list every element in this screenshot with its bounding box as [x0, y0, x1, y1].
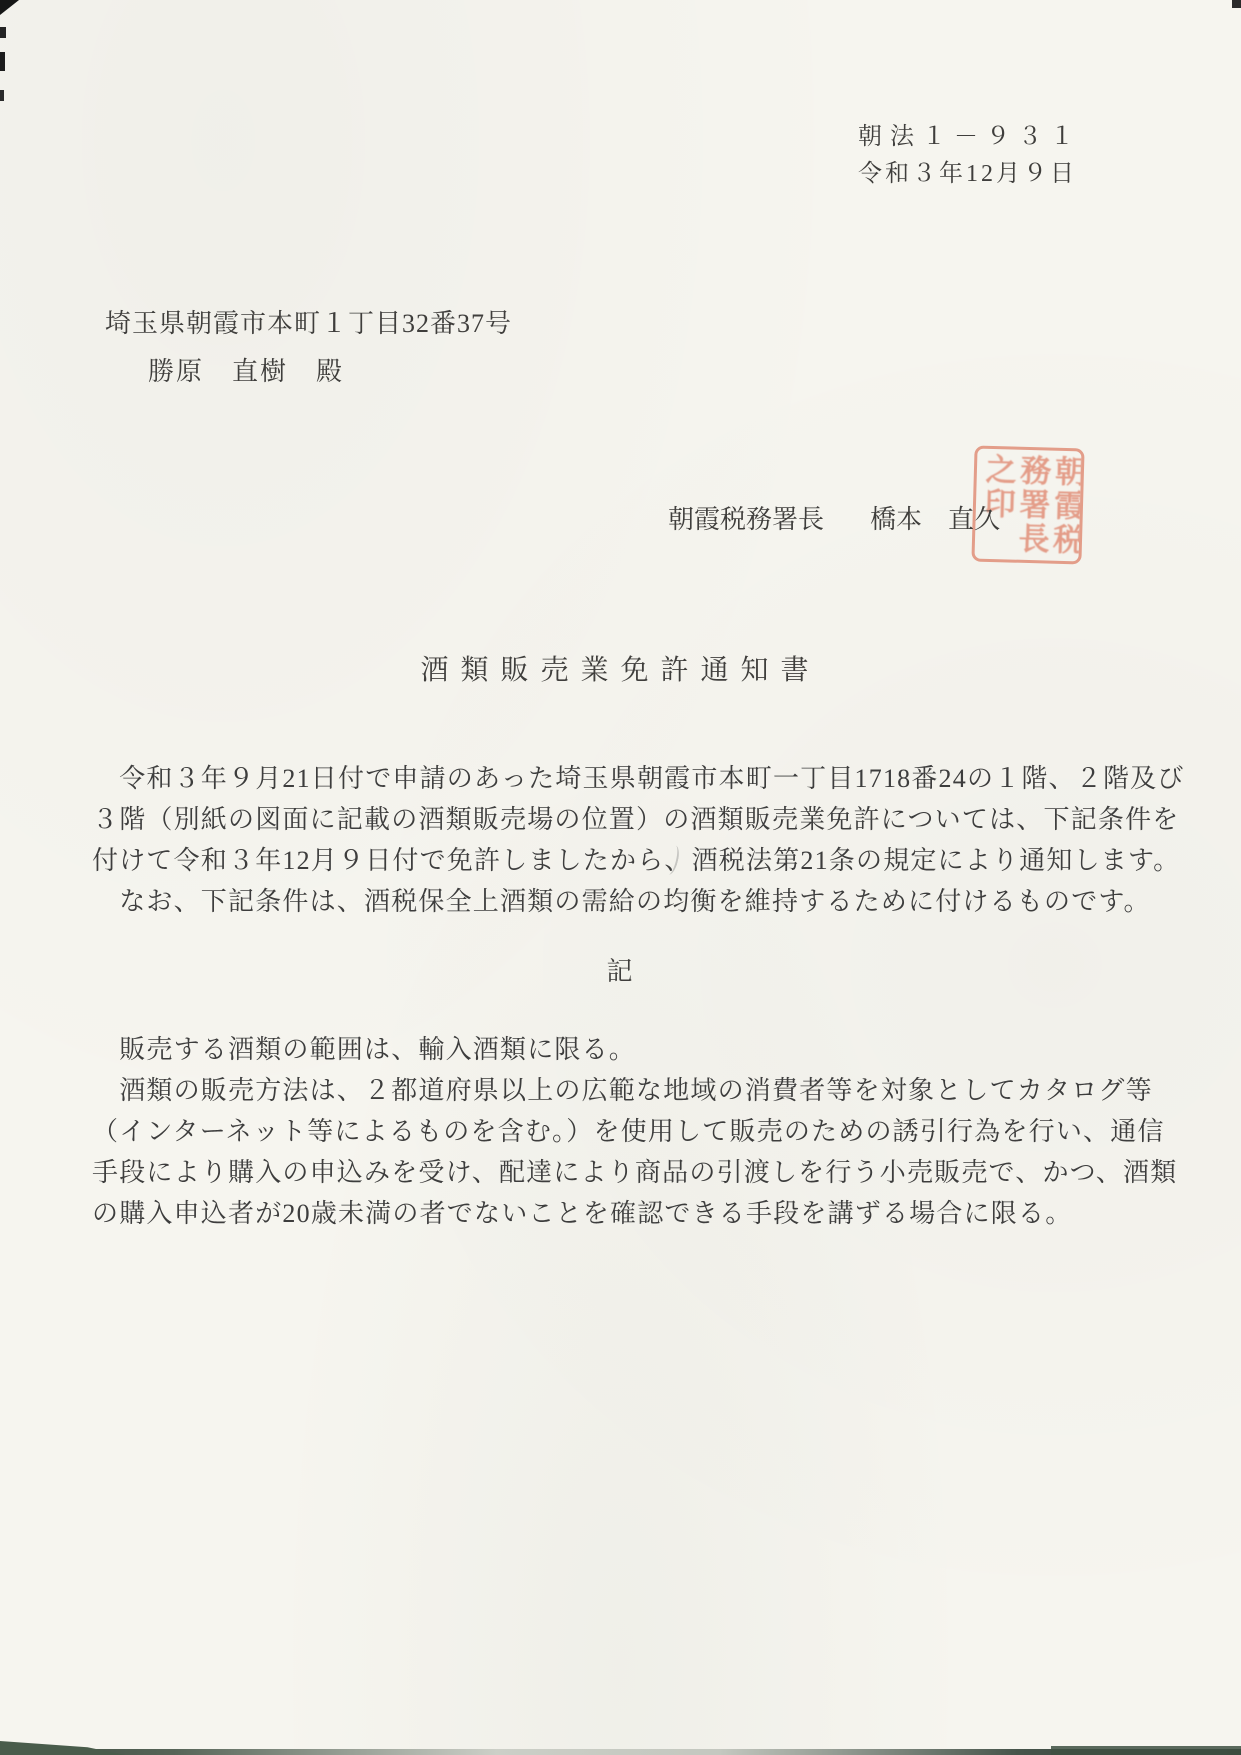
condition-line: （インターネット等によるものを含む。）を使用して販売のための誘引行為を行い、通信	[92, 1111, 1164, 1152]
issuer-line: 朝霞税務署長 橋本 直久	[668, 499, 1000, 536]
recipient-address: 埼玉県朝霞市本町１丁目32番37号	[105, 303, 512, 340]
section-marker: 記	[0, 951, 1241, 988]
scanned-letter-page: { "meta": { "paper_color": "#f6f5ef", "i…	[0, 0, 1241, 1755]
conditions-paragraph: 販売する酒類の範囲は、輸入酒類に限る。 酒類の販売方法は、２都道府県以上の広範な…	[92, 1029, 1164, 1234]
scan-artifact-left-edge	[0, 52, 5, 71]
scan-artifact-left-edge	[0, 90, 4, 101]
condition-line: 酒類の販売方法は、２都道府県以上の広範な地域の消費者等を対象としてカタログ等	[92, 1070, 1164, 1111]
condition-line: 手段により購入の申込みを受け、配達により商品の引渡しを行う小売販売で、かつ、酒類	[92, 1152, 1164, 1193]
scan-artifact-bottom-left	[0, 1741, 125, 1755]
body-line: ３階（別紙の図面に記載の酒類販売場の位置）の酒類販売業免許については、下記条件を	[92, 799, 1164, 840]
scan-artifact-left-edge	[0, 27, 6, 38]
body-paragraph: 令和３年９月21日付で申請のあった埼玉県朝霞市本町一丁目1718番24の１階、２…	[92, 758, 1164, 922]
body-line: 付けて令和３年12月９日付で免許しましたから、酒税法第21条の規定により通知しま…	[92, 840, 1164, 881]
reference-number: 朝法１－９３１	[858, 116, 1082, 151]
condition-line: 販売する酒類の範囲は、輸入酒類に限る。	[92, 1029, 1164, 1070]
recipient-name: 勝原 直樹 殿	[148, 351, 344, 388]
condition-line: の購入申込者が20歳未満の者でないことを確認できる手段を講ずる場合に限る。	[92, 1193, 1164, 1234]
document-title: 酒類販売業免許通知書	[0, 648, 1241, 688]
issue-date: 令和３年12月９日	[858, 153, 1077, 188]
scan-artifact-top-right	[1232, 0, 1241, 8]
scan-artifact-top-left	[0, 0, 19, 15]
body-line: 令和３年９月21日付で申請のあった埼玉県朝霞市本町一丁目1718番24の１階、２…	[92, 758, 1164, 799]
issuer-office-title: 朝霞税務署長	[668, 499, 824, 536]
body-line: なお、下記条件は、酒税保全上酒類の需給の均衡を維持するために付けるものです。	[92, 881, 1164, 922]
scan-artifact-bottom-right	[1051, 1746, 1241, 1755]
issuer-name: 橋本 直久	[870, 499, 1000, 536]
